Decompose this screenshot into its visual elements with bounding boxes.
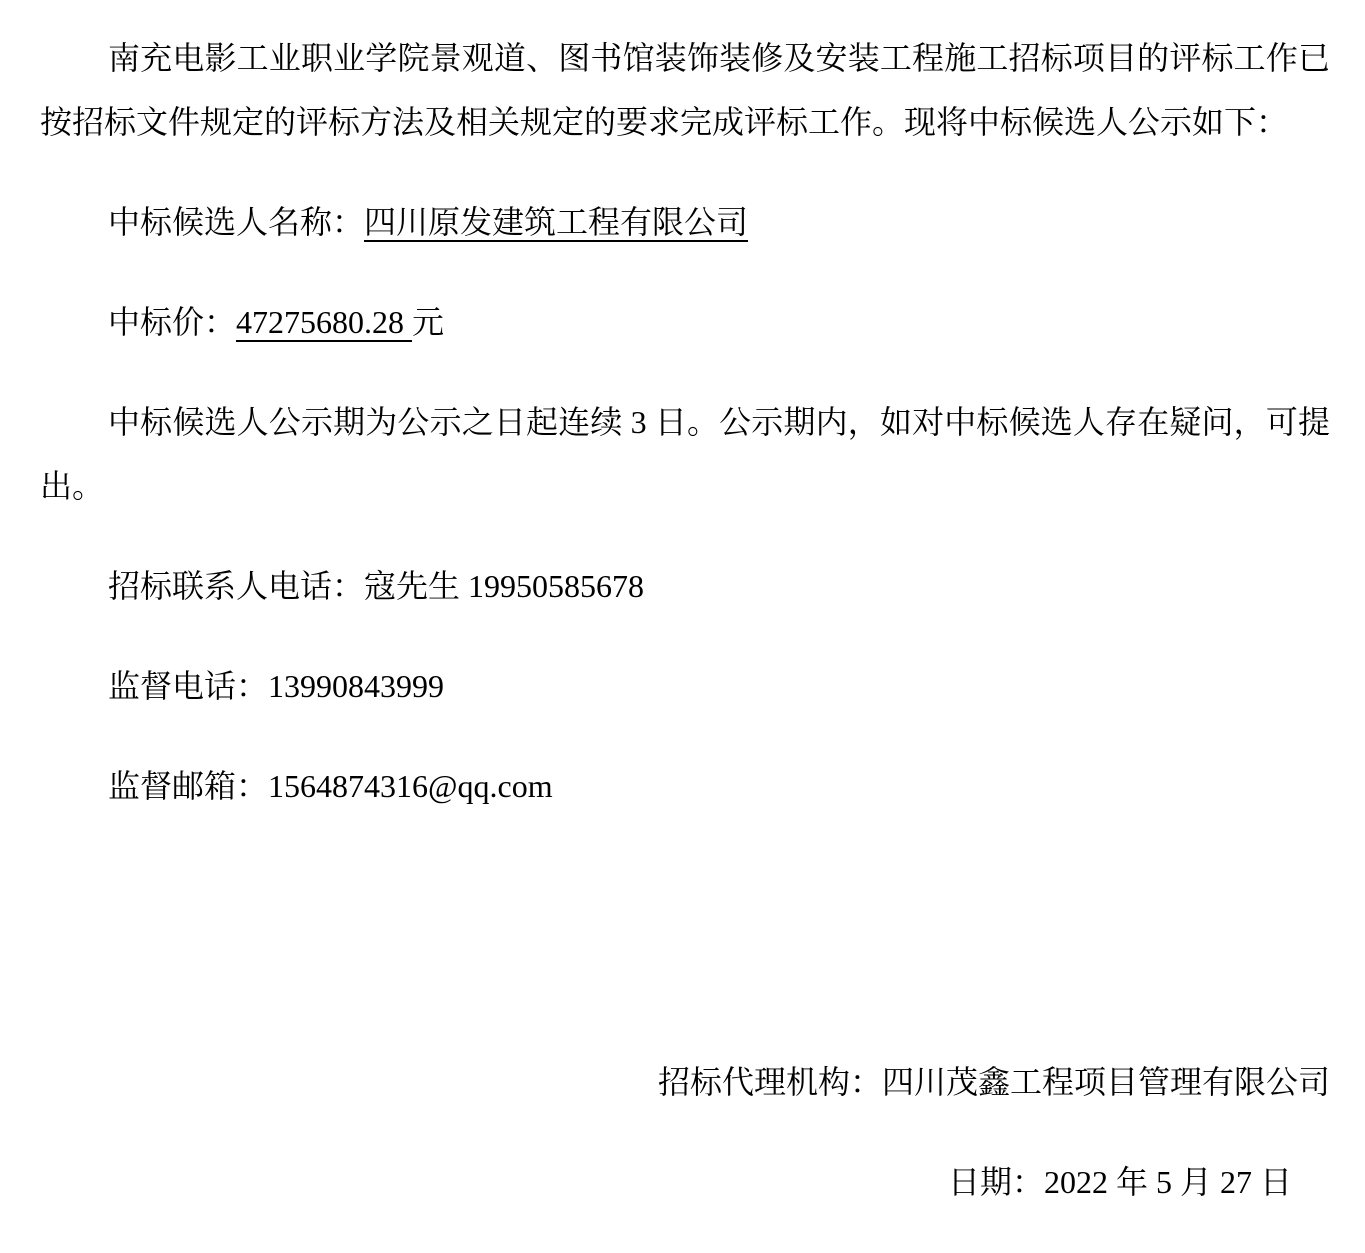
price-line: 中标价：47275680.28 元	[40, 290, 1330, 354]
date-value: 2022 年 5 月 27 日	[1044, 1164, 1292, 1200]
contact-phone-value: 寇先生 19950585678	[364, 568, 644, 604]
publicity-paragraph: 中标候选人公示期为公示之日起连续 3 日。公示期内，如对中标候选人存在疑问，可提…	[40, 390, 1330, 518]
supervision-email-line: 监督邮箱：1564874316@qq.com	[40, 754, 1330, 818]
price-unit: 元	[412, 304, 444, 340]
supervision-phone-value: 13990843999	[268, 668, 444, 704]
candidate-line: 中标候选人名称：四川原发建筑工程有限公司	[40, 190, 1330, 254]
supervision-email-value: 1564874316@qq.com	[268, 768, 553, 804]
price-value: 47275680.28	[236, 304, 412, 340]
agency-name: 四川茂鑫工程项目管理有限公司	[882, 1064, 1330, 1100]
supervision-phone-label: 监督电话：	[108, 668, 268, 704]
intro-paragraph: 南充电影工业职业学院景观道、图书馆装饰装修及安装工程施工招标项目的评标工作已按招…	[40, 26, 1330, 154]
contact-phone-line: 招标联系人电话：寇先生 19950585678	[40, 554, 1330, 618]
agency-label: 招标代理机构：	[658, 1064, 882, 1100]
date-label: 日期：	[948, 1164, 1044, 1200]
date-line: 日期：2022 年 5 月 27 日	[40, 1150, 1330, 1214]
announcement-page: 南充电影工业职业学院景观道、图书馆装饰装修及安装工程施工招标项目的评标工作已按招…	[0, 0, 1365, 1253]
supervision-phone-line: 监督电话：13990843999	[40, 654, 1330, 718]
contact-phone-label: 招标联系人电话：	[108, 568, 364, 604]
candidate-name: 四川原发建筑工程有限公司	[364, 204, 748, 240]
supervision-email-label: 监督邮箱：	[108, 768, 268, 804]
price-label: 中标价：	[108, 304, 236, 340]
candidate-label: 中标候选人名称：	[108, 204, 364, 240]
agency-line: 招标代理机构：四川茂鑫工程项目管理有限公司	[40, 1050, 1330, 1114]
